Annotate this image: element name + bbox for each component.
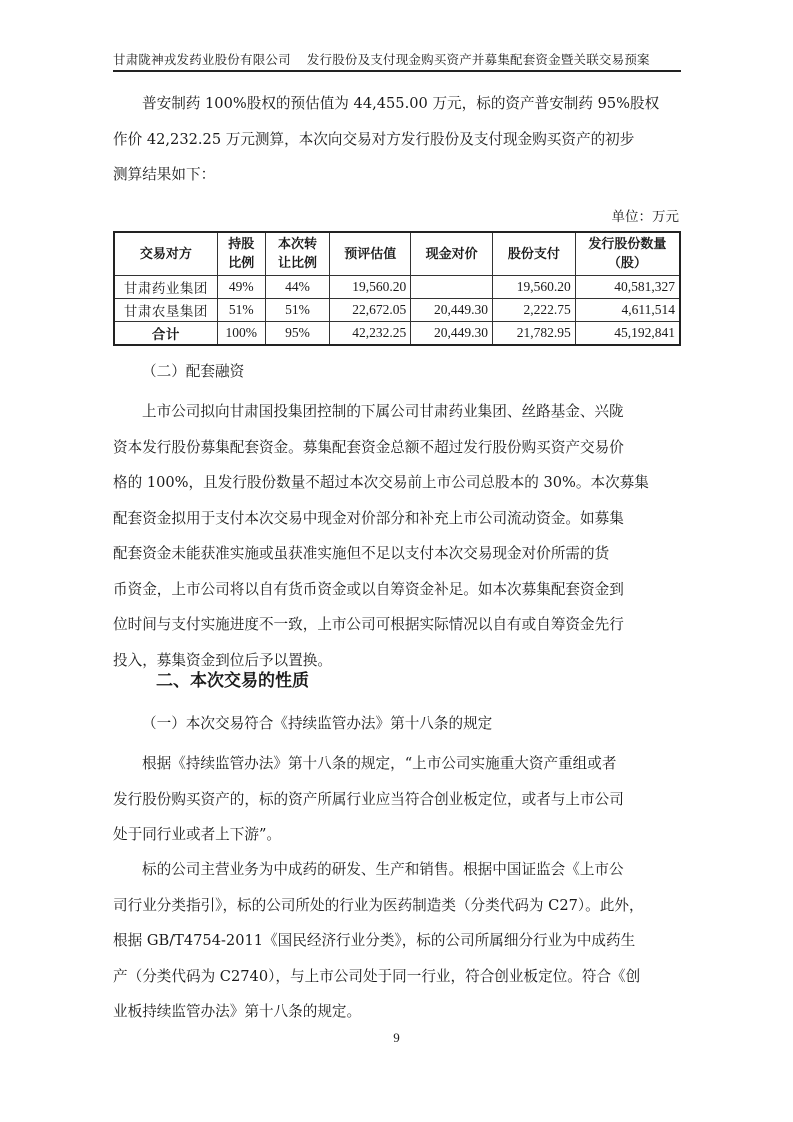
cell-transfer: 95%	[265, 322, 330, 346]
table-row: 甘肃药业集团 49% 44% 19,560.20 19,560.20 40,58…	[114, 276, 680, 299]
text-line: 格的 100%，且发行股份数量不超过本次交易前上市公司总股本的 30%。本次募集	[113, 465, 681, 501]
cell-valuation: 19,560.20	[330, 276, 411, 299]
cell-shares: 4,611,514	[575, 299, 680, 322]
text-line: 作价 42,232.25 万元测算，本次向交易对方发行股份及支付现金购买资产的初…	[113, 122, 681, 158]
table-unit-label: 单位：万元	[612, 205, 680, 225]
cell-counterparty: 合计	[114, 322, 217, 346]
col-header-shares: 发行股份数量（股）	[575, 232, 680, 276]
cell-shares: 40,581,327	[575, 276, 680, 299]
header-doc-title: 发行股份及支付现金购买资产并募集配套资金暨关联交易预案	[307, 50, 650, 68]
cell-holding: 100%	[217, 322, 265, 346]
cell-cash	[411, 276, 493, 299]
cell-valuation: 22,672.05	[330, 299, 411, 322]
cell-cash: 20,449.30	[411, 299, 493, 322]
table-header-row: 交易对方 持股比例 本次转让比例 预评估值 现金对价 股份支付 发行股份数量（股…	[114, 232, 680, 276]
text-line: 根据 GB/T4754-2011《国民经济行业分类》，标的公司所属细分行业为中成…	[113, 923, 681, 959]
text-line: 司行业分类指引》，标的公司所处的行业为医药制造类（分类代码为 C27）。此外，	[113, 888, 681, 924]
text-line: 产（分类代码为 C2740），与上市公司处于同一行业，符合创业板定位。符合《创	[113, 959, 681, 995]
text-line: 根据《持续监管办法》第十八条的规定，“上市公司实施重大资产重组或者	[113, 746, 681, 782]
cell-holding: 49%	[217, 276, 265, 299]
cell-valuation: 42,232.25	[330, 322, 411, 346]
header-company: 甘肃陇神戎发药业股份有限公司	[113, 50, 291, 68]
col-header-holding: 持股比例	[217, 232, 265, 276]
text-line: 资本发行股份募集配套资金。募集配套资金总额不超过发行股份购买资产交易价	[113, 430, 681, 466]
cell-transfer: 51%	[265, 299, 330, 322]
regulation-paragraph: 根据《持续监管办法》第十八条的规定，“上市公司实施重大资产重组或者 发行股份购买…	[113, 746, 681, 853]
text-line: 标的公司主营业务为中成药的研发、生产和销售。根据中国证监会《上市公	[113, 852, 681, 888]
section-heading-transaction-nature: 二、本次交易的性质	[156, 666, 309, 691]
intro-paragraph: 普安制药 100%股权的预估值为 44,455.00 万元，标的资产普安制药 9…	[113, 86, 681, 193]
page-number: 9	[0, 1030, 793, 1046]
text-line: 配套资金拟用于支付本次交易中现金对价部分和补充上市公司流动资金。如募集	[113, 501, 681, 537]
subsection-title-regulation: （一）本次交易符合《持续监管办法》第十八条的规定	[142, 712, 492, 733]
text-line: 业板持续监管办法》第十八条的规定。	[113, 994, 681, 1030]
text-line: 普安制药 100%股权的预估值为 44,455.00 万元，标的资产普安制药 9…	[113, 86, 681, 122]
cell-cash: 20,449.30	[411, 322, 493, 346]
cell-counterparty: 甘肃农垦集团	[114, 299, 217, 322]
table-total-row: 合计 100% 95% 42,232.25 20,449.30 21,782.9…	[114, 322, 680, 346]
text-line: 配套资金未能获准实施或虽获准实施但不足以支付本次交易现金对价所需的货	[113, 536, 681, 572]
cell-share-payment: 2,222.75	[493, 299, 576, 322]
cell-shares: 45,192,841	[575, 322, 680, 346]
cell-share-payment: 21,782.95	[493, 322, 576, 346]
text-line: 币资金，上市公司将以自有货币资金或以自筹资金补足。如本次募集配套资金到	[113, 572, 681, 608]
valuation-table: 交易对方 持股比例 本次转让比例 预评估值 现金对价 股份支付 发行股份数量（股…	[113, 231, 681, 346]
cell-holding: 51%	[217, 299, 265, 322]
text-line: 位时间与支付实施进度不一致，上市公司可根据实际情况以自有或自筹资金先行	[113, 607, 681, 643]
col-header-transfer: 本次转让比例	[265, 232, 330, 276]
table-row: 甘肃农垦集团 51% 51% 22,672.05 20,449.30 2,222…	[114, 299, 680, 322]
text-line: 处于同行业或者上下游”。	[113, 817, 681, 853]
industry-paragraph: 标的公司主营业务为中成药的研发、生产和销售。根据中国证监会《上市公 司行业分类指…	[113, 852, 681, 1030]
text-line: 发行股份购买资产的，标的资产所属行业应当符合创业板定位，或者与上市公司	[113, 782, 681, 818]
col-header-counterparty: 交易对方	[114, 232, 217, 276]
matching-funds-paragraph: 上市公司拟向甘肃国投集团控制的下属公司甘肃药业集团、丝路基金、兴陇 资本发行股份…	[113, 394, 681, 678]
cell-share-payment: 19,560.20	[493, 276, 576, 299]
subsection-title-matching-funds: （二）配套融资	[142, 360, 244, 381]
cell-transfer: 44%	[265, 276, 330, 299]
cell-counterparty: 甘肃药业集团	[114, 276, 217, 299]
page-header: 甘肃陇神戎发药业股份有限公司发行股份及支付现金购买资产并募集配套资金暨关联交易预…	[113, 50, 681, 72]
col-header-share-payment: 股份支付	[493, 232, 576, 276]
text-line: 测算结果如下：	[113, 157, 681, 193]
col-header-cash: 现金对价	[411, 232, 493, 276]
col-header-valuation: 预评估值	[330, 232, 411, 276]
text-line: 上市公司拟向甘肃国投集团控制的下属公司甘肃药业集团、丝路基金、兴陇	[113, 394, 681, 430]
